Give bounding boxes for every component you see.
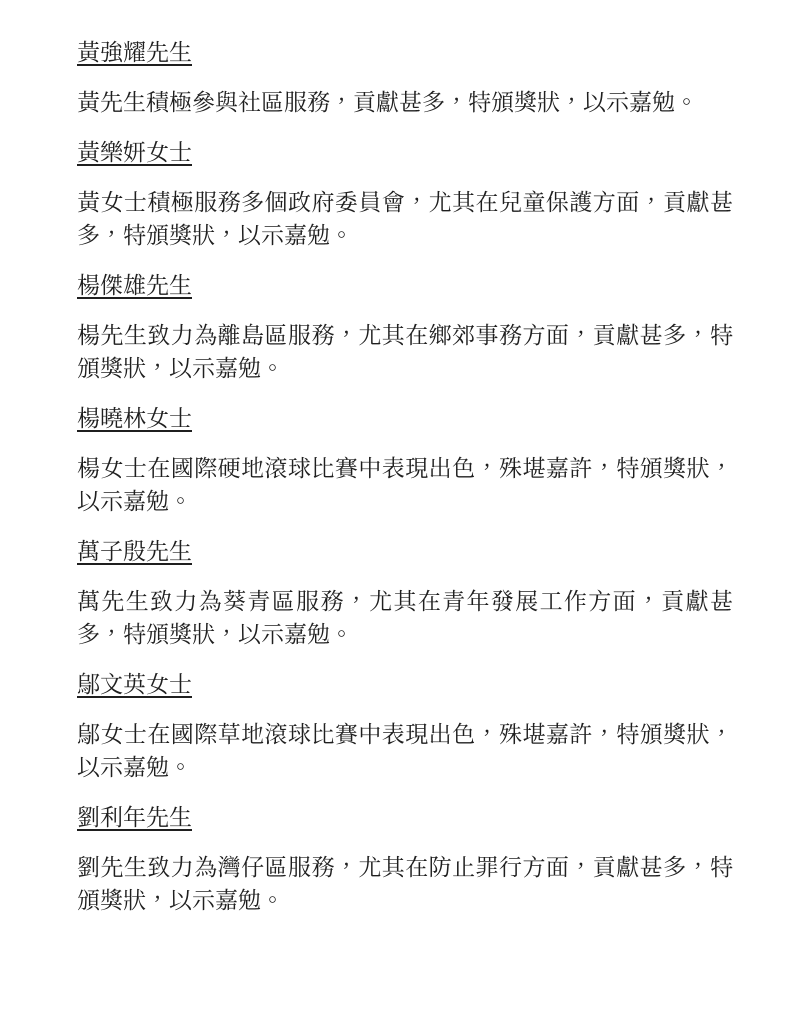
recipient-name-heading: 鄔文英女士 xyxy=(77,668,733,701)
citation-paragraph: 楊女士在國際硬地滾球比賽中表現出色，殊堪嘉許，特頒獎狀，以示嘉勉。 xyxy=(77,452,733,518)
recipient-name-heading: 黃強耀先生 xyxy=(77,36,733,69)
document-page: 黃強耀先生 黃先生積極參與社區服務，貢獻甚多，特頒獎狀，以示嘉勉。 黃樂妍女士 … xyxy=(0,0,797,1020)
citation-paragraph: 劉先生致力為灣仔區服務，尤其在防止罪行方面，貢獻甚多，特頒獎狀，以示嘉勉。 xyxy=(77,851,733,917)
award-entry: 劉利年先生 劉先生致力為灣仔區服務，尤其在防止罪行方面，貢獻甚多，特頒獎狀，以示… xyxy=(77,801,733,917)
citation-paragraph: 鄔女士在國際草地滾球比賽中表現出色，殊堪嘉許，特頒獎狀，以示嘉勉。 xyxy=(77,718,733,784)
award-entry: 黃強耀先生 黃先生積極參與社區服務，貢獻甚多，特頒獎狀，以示嘉勉。 xyxy=(77,36,733,119)
recipient-name: 劉利年先生 xyxy=(77,805,192,830)
award-entry: 楊曉林女士 楊女士在國際硬地滾球比賽中表現出色，殊堪嘉許，特頒獎狀，以示嘉勉。 xyxy=(77,402,733,518)
citation-paragraph: 黃先生積極參與社區服務，貢獻甚多，特頒獎狀，以示嘉勉。 xyxy=(77,86,733,119)
recipient-name: 楊曉林女士 xyxy=(77,406,192,431)
recipient-name-heading: 萬子殷先生 xyxy=(77,535,733,568)
recipient-name: 黃樂妍女士 xyxy=(77,140,192,165)
entries-container: 黃強耀先生 黃先生積極參與社區服務，貢獻甚多，特頒獎狀，以示嘉勉。 黃樂妍女士 … xyxy=(77,36,797,917)
recipient-name-heading: 黃樂妍女士 xyxy=(77,136,733,169)
recipient-name-heading: 楊曉林女士 xyxy=(77,402,733,435)
award-entry: 萬子殷先生 萬先生致力為葵青區服務，尤其在青年發展工作方面，貢獻甚多，特頒獎狀，… xyxy=(77,535,733,651)
recipient-name: 鄔文英女士 xyxy=(77,672,192,697)
award-entry: 楊傑雄先生 楊先生致力為離島區服務，尤其在鄉郊事務方面，貢獻甚多，特頒獎狀，以示… xyxy=(77,269,733,385)
recipient-name: 楊傑雄先生 xyxy=(77,273,192,298)
recipient-name: 萬子殷先生 xyxy=(77,539,192,564)
recipient-name: 黃強耀先生 xyxy=(77,40,192,65)
citation-paragraph: 萬先生致力為葵青區服務，尤其在青年發展工作方面，貢獻甚多，特頒獎狀，以示嘉勉。 xyxy=(77,585,733,651)
citation-paragraph: 楊先生致力為離島區服務，尤其在鄉郊事務方面，貢獻甚多，特頒獎狀，以示嘉勉。 xyxy=(77,319,733,385)
recipient-name-heading: 劉利年先生 xyxy=(77,801,733,834)
award-entry: 黃樂妍女士 黃女士積極服務多個政府委員會，尤其在兒童保護方面，貢獻甚多，特頒獎狀… xyxy=(77,136,733,252)
citation-paragraph: 黃女士積極服務多個政府委員會，尤其在兒童保護方面，貢獻甚多，特頒獎狀，以示嘉勉。 xyxy=(77,186,733,252)
award-entry: 鄔文英女士 鄔女士在國際草地滾球比賽中表現出色，殊堪嘉許，特頒獎狀，以示嘉勉。 xyxy=(77,668,733,784)
recipient-name-heading: 楊傑雄先生 xyxy=(77,269,733,302)
